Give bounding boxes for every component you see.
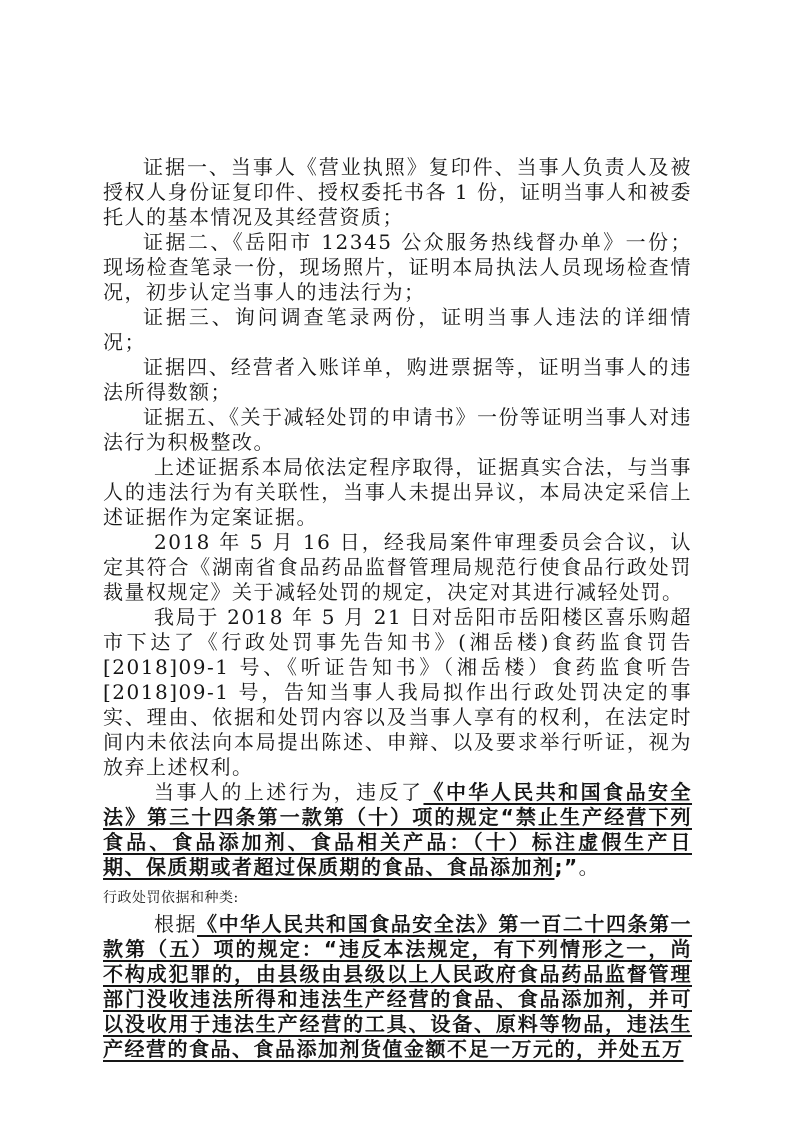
paragraph-evidence-2: 证据二、《岳阳市 12345 公众服务热线督办单》一份；现场检查笔录一份，现场照… xyxy=(103,230,692,305)
text-run: 根据 xyxy=(154,912,197,936)
paragraph-committee-decision: 2018 年 5 月 16 日，经我局案件审理委员会合议，认定其符合《湖南省食品… xyxy=(103,530,692,605)
paragraph-evidence-4: 证据四、经营者入账详单，购进票据等，证明当事人的违法所得数额； xyxy=(103,355,692,405)
paragraph-penalty-citation: 根据《中华人民共和国食品安全法》第一百二十四条第一款第（五）项的规定：“违反本法… xyxy=(103,912,692,1062)
text-run: 证据一、当事人《营业执照》复印件、当事人负责人及被授权人身份证复印件、授权委托书… xyxy=(103,155,692,229)
text-run: 行政处罚依据和种类: xyxy=(103,890,239,906)
text-run: 证据五、《关于减轻处罚的申请书》一份等证明当事人对违法行为积极整改。 xyxy=(103,405,692,454)
paragraph-evidence-3: 证据三、询问调查笔录两份，证明当事人违法的详细情况； xyxy=(103,305,692,355)
text-run: 证据三、询问调查笔录两份，证明当事人违法的详细情况； xyxy=(103,305,692,354)
paragraph-notification: 我局于 2018 年 5 月 21 日对岳阳市岳阳楼区喜乐购超市下达了《行政处罚… xyxy=(103,605,692,780)
text-run: 上述证据系本局依法定程序取得，证据真实合法，与当事人的违法行为有关联性，当事人未… xyxy=(103,455,692,529)
paragraph-evidence-5: 证据五、《关于减轻处罚的申请书》一份等证明当事人对违法行为积极整改。 xyxy=(103,405,692,455)
legal-citation-emphasis: ;” xyxy=(555,855,579,879)
paragraph-penalty-basis-label: 行政处罚依据和种类: xyxy=(103,889,692,907)
page-number: 2 xyxy=(0,1044,793,1062)
text-run: 2018 年 5 月 16 日，经我局案件审理委员会合议，认定其符合《湖南省食品… xyxy=(103,530,692,604)
text-run: 证据四、经营者入账详单，购进票据等，证明当事人的违法所得数额； xyxy=(103,355,692,404)
document-page: 证据一、当事人《营业执照》复印件、当事人负责人及被授权人身份证复印件、授权委托书… xyxy=(0,0,793,1122)
document-body: 证据一、当事人《营业执照》复印件、当事人负责人及被授权人身份证复印件、授权委托书… xyxy=(103,155,692,1062)
text-run: 当事人的上述行为，违反了 xyxy=(154,780,423,804)
paragraph-violation-citation: 当事人的上述行为，违反了《中华人民共和国食品安全法》第三十四条第一款第（十）项的… xyxy=(103,780,692,880)
paragraph-evidence-conclusion: 上述证据系本局依法定程序取得，证据真实合法，与当事人的违法行为有关联性，当事人未… xyxy=(103,455,692,530)
paragraph-evidence-1: 证据一、当事人《营业执照》复印件、当事人负责人及被授权人身份证复印件、授权委托书… xyxy=(103,155,692,230)
text-run: 我局于 2018 年 5 月 21 日对岳阳市岳阳楼区喜乐购超市下达了《行政处罚… xyxy=(103,605,692,779)
text-run: 。 xyxy=(579,855,601,879)
text-run: 证据二、《岳阳市 12345 公众服务热线督办单》一份；现场检查笔录一份，现场照… xyxy=(103,230,692,304)
